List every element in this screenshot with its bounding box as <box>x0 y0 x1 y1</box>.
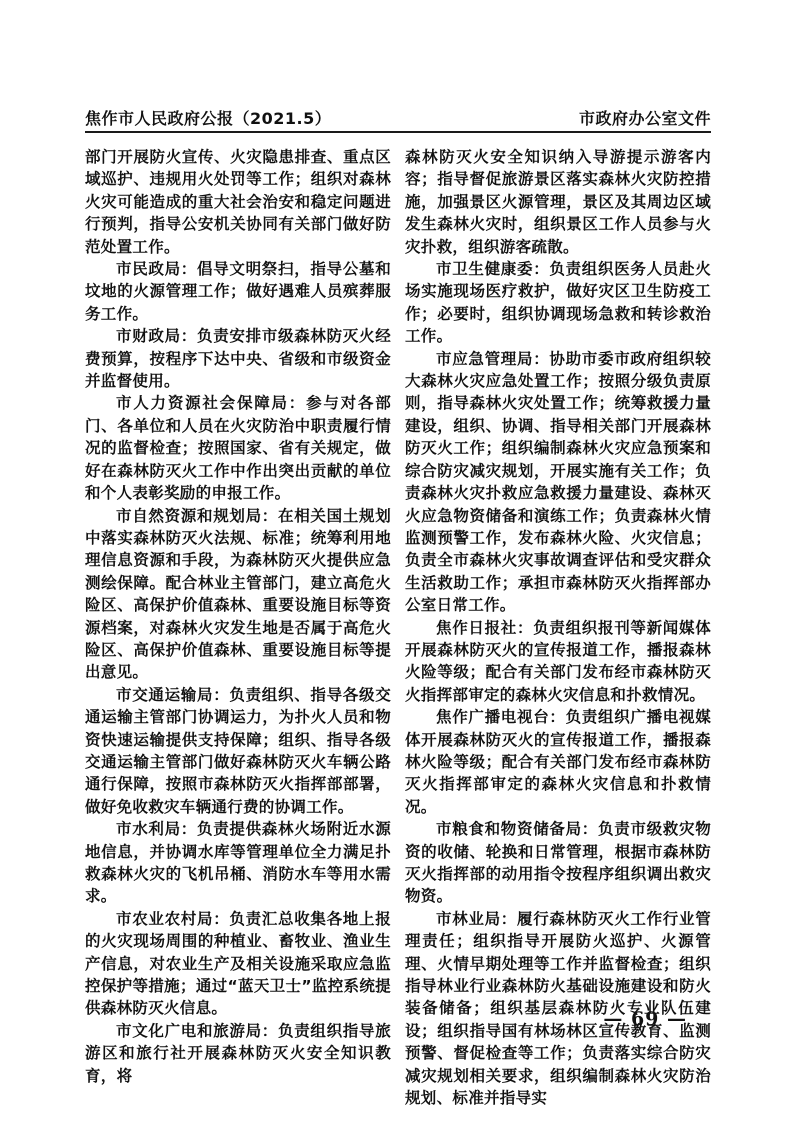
paragraph: 市卫生健康委：负责组织医务人员赴火场实施现场医疗救护，做好灾区卫生防疫工作；必要… <box>405 258 711 348</box>
paragraph: 焦作广播电视台：负责组织广播电视媒体开展森林防灭火的宣传报道工作，播报森林火险等… <box>405 706 711 818</box>
paragraph: 市粮食和物资储备局：负责市级救灾物资的收储、轮换和日常管理，根据市森林防灭火指挥… <box>405 818 711 908</box>
paragraph: 森林防灭火安全知识纳入导游提示游客内容；指导督促旅游景区落实森林火灾防控措施，加… <box>405 146 711 258</box>
paragraph: 市人力资源社会保障局：参与对各部门、各单位和人员在火灾防治中职责履行情况的监督检… <box>85 392 391 504</box>
paragraph: 市农业农村局：负责汇总收集各地上报的火灾现场周围的种植业、畜牧业、渔业生产信息，… <box>85 908 391 1020</box>
paragraph: 市交通运输局：负责组织、指导各级交通运输主管部门协调运力，为扑火人员和物资快速运… <box>85 684 391 818</box>
left-column: 部门开展防火宣传、火灾隐患排查、重点区域巡护、违规用火处罚等工作；组织对森林火灾… <box>85 146 391 1006</box>
paragraph: 市民政局：倡导文明祭扫，指导公墓和坟地的火源管理工作；做好遇难人员殡葬服务工作。 <box>85 258 391 325</box>
paragraph: 焦作日报社：负责组织报刊等新闻媒体开展森林防灭火的宣传报道工作，播报森林火险等级… <box>405 617 711 707</box>
document-body: 部门开展防火宣传、火灾隐患排查、重点区域巡护、违规用火处罚等工作；组织对森林火灾… <box>85 146 711 1006</box>
page-number: — 69 — <box>603 1008 687 1030</box>
page-footer: — 69 — <box>85 1008 711 1030</box>
header-left-title: 焦作市人民政府公报（2021.5） <box>85 106 331 129</box>
paragraph: 市应急管理局：协助市委市政府组织较大森林火灾应急处置工作；按照分级负责原则，指导… <box>405 348 711 617</box>
paragraph: 市财政局：负责安排市级森林防灭火经费预算，按程序下达中央、省级和市级资金并监督使… <box>85 325 391 392</box>
page-header: 焦作市人民政府公报（2021.5） 市政府办公室文件 <box>85 103 711 129</box>
paragraph: 部门开展防火宣传、火灾隐患排查、重点区域巡护、违规用火处罚等工作；组织对森林火灾… <box>85 146 391 258</box>
header-divider <box>85 131 711 133</box>
right-column: 森林防灭火安全知识纳入导游提示游客内容；指导督促旅游景区落实森林火灾防控措施，加… <box>405 146 711 1006</box>
header-right-title: 市政府办公室文件 <box>579 106 711 129</box>
paragraph: 市自然资源和规划局：在相关国土规划中落实森林防灭火法规、标准；统筹利用地理信息资… <box>85 505 391 684</box>
paragraph: 市水利局：负责提供森林火场附近水源地信息，并协调水库等管理单位全力满足扑救森林火… <box>85 818 391 908</box>
document-page: 焦作市人民政府公报（2021.5） 市政府办公室文件 部门开展防火宣传、火灾隐患… <box>0 0 793 1122</box>
